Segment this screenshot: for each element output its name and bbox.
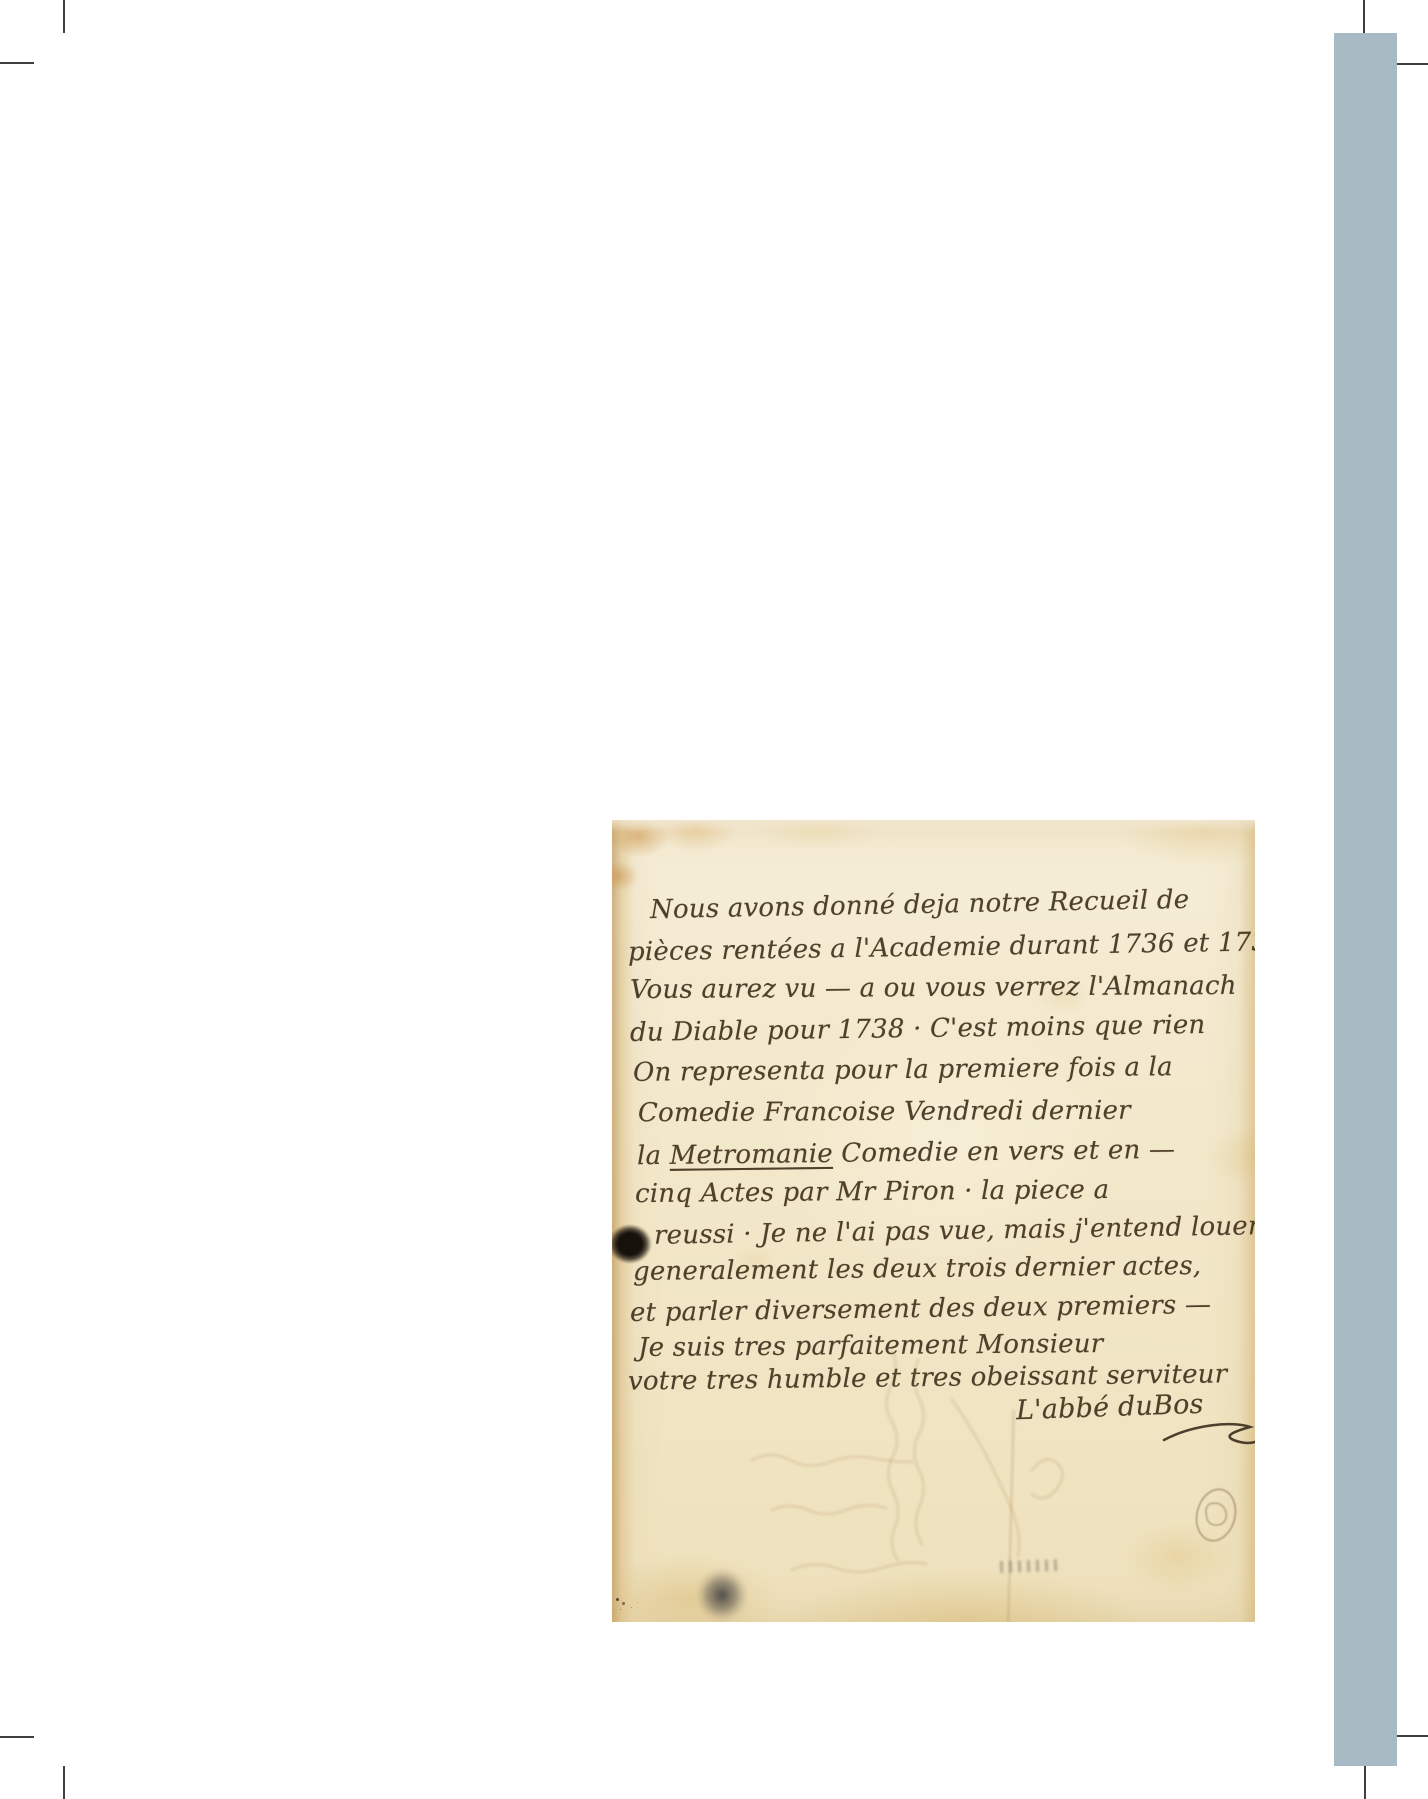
underlined-title: Metromanie	[670, 1139, 834, 1171]
line-pre: la	[637, 1141, 670, 1171]
crop-mark-bottom-left-horizontal	[0, 1736, 34, 1738]
letter-line: et parler diversement des deux premiers …	[630, 1290, 1212, 1328]
page: Nous avons donné deja notre Recueil de p…	[0, 0, 1428, 1799]
letter-line: Nous avons donné deja notre Recueil de	[650, 885, 1190, 925]
crop-mark-bottom-left-vertical	[63, 1766, 65, 1799]
signature-flourish	[1160, 1420, 1255, 1456]
line-post: Comedie en vers et en —	[833, 1135, 1176, 1169]
color-band	[1334, 33, 1397, 1766]
crop-mark-top-left-horizontal	[0, 62, 34, 64]
letter-line: Comedie Francoise Vendredi dernier	[638, 1096, 1131, 1129]
crop-mark-top-right-vertical	[1363, 0, 1365, 33]
crop-mark-bottom-right-vertical	[1364, 1766, 1366, 1799]
crop-mark-top-right-horizontal	[1396, 63, 1428, 65]
letter-line: Vous aurez vu — a ou vous verrez l'Alman…	[630, 971, 1237, 1005]
ink-specks	[616, 1598, 619, 1601]
letter-line: On representa pour la premiere fois a la	[633, 1052, 1173, 1088]
letter-line-metromanie: la Metromanie Comedie en vers et en —	[637, 1135, 1175, 1172]
circular-stamp	[1190, 1484, 1242, 1546]
crop-mark-top-left-vertical	[63, 0, 65, 33]
letter-line: generalement les deux trois dernier acte…	[633, 1251, 1202, 1287]
letter-scan: Nous avons donné deja notre Recueil de p…	[612, 820, 1255, 1622]
letter-line: cinq Actes par Mr Piron · la piece a	[635, 1175, 1109, 1209]
letter-line: pièces rentées a l'Academie durant 1736 …	[628, 927, 1255, 968]
crop-mark-bottom-right-horizontal	[1396, 1735, 1428, 1737]
letter-line: reussi · Je ne l'ai pas vue, mais j'ente…	[654, 1211, 1255, 1251]
letter-line: du Diable pour 1738 · C'est moins que ri…	[630, 1010, 1206, 1048]
verso-show-through	[732, 1340, 1152, 1620]
